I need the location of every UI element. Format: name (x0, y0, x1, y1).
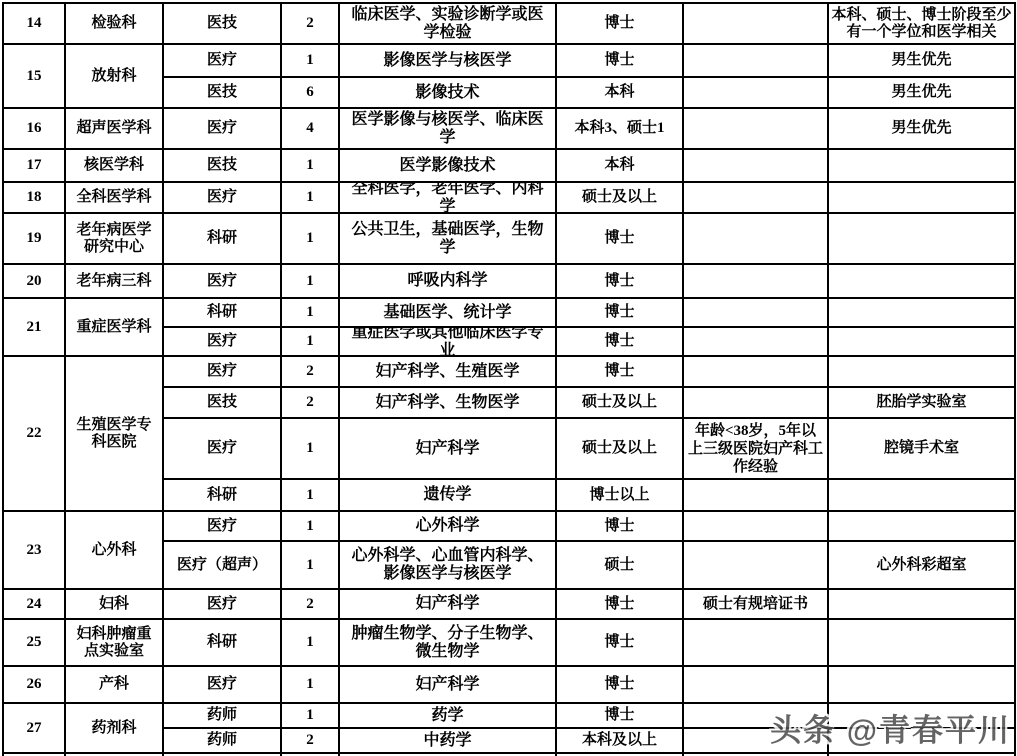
cell-major-text: 药学 (340, 704, 555, 727)
cell-count-text: 2 (282, 357, 338, 386)
cell-count-text: 1 (282, 512, 338, 540)
cell-education-text: 硕士及以上 (557, 419, 682, 478)
cell-no: 25 (3, 619, 65, 666)
cell-no-text: 26 (4, 667, 64, 702)
table-row: 15放射科医疗1影像医学与核医学博士男生优先 (3, 44, 1015, 77)
cell-education-text: 博士 (557, 512, 682, 540)
cell-major: 临床医学、实验诊断学或医学检验 (339, 3, 556, 44)
table-row: 14检验科医技2临床医学、实验诊断学或医学检验博士本科、硕士、博士阶段至少有一个… (3, 3, 1015, 44)
cell-note (828, 149, 1015, 182)
cell-major-text: 医学影像与核医学、临床医学 (340, 109, 555, 148)
cell-department: 产科 (65, 666, 163, 703)
table-row: 18全科医学科医疗1全科医学，老年医学、内科学硕士及以上 (3, 182, 1015, 213)
cell-note (828, 327, 1015, 356)
cell-note-text: 男生优先 (829, 78, 1014, 107)
cell-no: 23 (3, 511, 65, 589)
cell-category: 医疗 (163, 108, 281, 149)
cell-category: 医技 (163, 3, 281, 44)
cell-education: 本科 (556, 149, 683, 182)
cell-department: 放射科 (65, 44, 163, 108)
cell-other-text (684, 265, 827, 297)
cell-department: 核医学科 (65, 149, 163, 182)
cell-other (683, 3, 828, 44)
cell-education-text: 本科 (557, 78, 682, 107)
cell-category: 医疗 (163, 666, 281, 703)
cell-note (828, 479, 1015, 511)
cell-department: 重症医学科 (65, 298, 163, 356)
cell-note (828, 356, 1015, 387)
cell-note (828, 666, 1015, 703)
cell-category: 科研 (163, 619, 281, 666)
cell-major-text: 重症医学或其他临床医学专业 (340, 328, 555, 355)
cell-education: 本科 (556, 77, 683, 108)
cell-other (683, 77, 828, 108)
cell-major-text: 妇产科学 (340, 667, 555, 702)
cell-no: 15 (3, 44, 65, 108)
cell-education-text: 硕士及以上 (557, 183, 682, 212)
cell-other-text (684, 480, 827, 510)
cell-education: 硕士 (556, 541, 683, 589)
cell-note: 本科、硕士、博士阶段至少有一个学位和医学相关 (828, 3, 1015, 44)
recruitment-table-page: 14检验科医技2临床医学、实验诊断学或医学检验博士本科、硕士、博士阶段至少有一个… (0, 0, 1017, 756)
cell-note: 胚胎学实验室 (828, 387, 1015, 418)
cell-no: 18 (3, 182, 65, 213)
cell-department-text: 妇科 (66, 590, 162, 618)
table-row: 17核医学科医技1医学影像技术本科 (3, 149, 1015, 182)
cell-note (828, 511, 1015, 541)
cell-education-text: 博士 (557, 590, 682, 618)
cell-note-text (829, 214, 1014, 263)
cell-note-text (829, 512, 1014, 540)
cell-count-text: 1 (282, 299, 338, 326)
cell-note-text: 胚胎学实验室 (829, 388, 1014, 417)
cell-no: 24 (3, 589, 65, 619)
cell-major-text: 影像技术 (340, 78, 555, 107)
cell-other (683, 387, 828, 418)
cell-count: 1 (281, 619, 339, 666)
cell-major: 心外科学 (339, 511, 556, 541)
cell-category: 医疗 (163, 356, 281, 387)
cell-note: 男生优先 (828, 44, 1015, 77)
cell-education: 本科3、硕士1 (556, 108, 683, 149)
cell-major: 遗传学 (339, 479, 556, 511)
cell-education-text: 硕士 (557, 542, 682, 588)
cell-count-text: 1 (282, 214, 338, 263)
cell-education-text: 博士 (557, 214, 682, 263)
cell-count: 4 (281, 108, 339, 149)
cell-count: 1 (281, 541, 339, 589)
cell-category-text: 医疗 (164, 183, 280, 212)
cell-category-text: 医疗 (164, 590, 280, 618)
cell-other-text (684, 667, 827, 702)
cell-major-text: 呼吸内科学 (340, 265, 555, 297)
cell-education-text: 博士 (557, 357, 682, 386)
cell-note (828, 264, 1015, 298)
cell-note: 男生优先 (828, 77, 1015, 108)
cell-no-text: 15 (4, 45, 64, 107)
cell-category: 科研 (163, 479, 281, 511)
cell-department: 全科医学科 (65, 182, 163, 213)
cell-major-text: 中药学 (340, 729, 555, 752)
cell-count: 1 (281, 44, 339, 77)
cell-count: 1 (281, 327, 339, 356)
cell-no-text: 18 (4, 183, 64, 212)
cell-other-text (684, 620, 827, 665)
cell-category-text: 医疗 (164, 328, 280, 355)
cell-education: 博士 (556, 44, 683, 77)
cell-no-text: 16 (4, 109, 64, 148)
cell-other-text (684, 109, 827, 148)
cell-other (683, 213, 828, 264)
cell-category-text: 药师 (164, 704, 280, 727)
cell-education: 博士 (556, 511, 683, 541)
cell-count-text: 2 (282, 388, 338, 417)
cell-major: 妇产科学 (339, 418, 556, 479)
cell-major: 重症医学或其他临床医学专业 (339, 327, 556, 356)
cell-no: 26 (3, 666, 65, 703)
cell-education: 博士 (556, 298, 683, 327)
cell-no: 17 (3, 149, 65, 182)
cell-education-text: 本科 (557, 150, 682, 181)
cell-major-text: 全科医学，老年医学、内科学 (340, 183, 555, 212)
cell-note-text (829, 150, 1014, 181)
cell-count-text: 2 (282, 590, 338, 618)
cell-major: 妇产科学 (339, 589, 556, 619)
cell-education: 博士 (556, 213, 683, 264)
toutiao-watermark: 头条 @青春平川 (770, 705, 1011, 750)
cell-department-text: 超声医学科 (66, 109, 162, 148)
cell-category: 药师 (163, 728, 281, 753)
cell-category: 药师 (163, 703, 281, 728)
cell-category-text: 医疗（超声） (164, 542, 280, 588)
cell-other-text (684, 214, 827, 263)
table-row: 20老年病三科医疗1呼吸内科学博士 (3, 264, 1015, 298)
cell-department: 检验科 (65, 3, 163, 44)
cell-note (828, 213, 1015, 264)
cell-other-text (684, 299, 827, 326)
cell-education: 博士 (556, 589, 683, 619)
cell-no-text: 21 (4, 299, 64, 355)
cell-count-text: 1 (282, 542, 338, 588)
cell-other (683, 619, 828, 666)
cell-other-text (684, 542, 827, 588)
cell-major-text: 公共卫生，基础医学，生物学 (340, 214, 555, 263)
cell-education: 博士以上 (556, 479, 683, 511)
cell-education-text: 博士 (557, 4, 682, 43)
cell-major: 妇产科学、生殖医学 (339, 356, 556, 387)
cell-other-text: 硕士有规培证书 (684, 590, 827, 618)
cell-department: 生殖医学专科医院 (65, 356, 163, 511)
cell-department-text: 妇科肿瘤重点实验室 (66, 620, 162, 665)
cell-count: 1 (281, 703, 339, 728)
cell-count-text: 2 (282, 729, 338, 752)
cell-department-text: 重症医学科 (66, 299, 162, 355)
cell-other (683, 182, 828, 213)
cell-other (683, 108, 828, 149)
cell-education-text: 硕士及以上 (557, 388, 682, 417)
cell-other-text (684, 512, 827, 540)
cell-category-text: 科研 (164, 620, 280, 665)
cell-education: 博士 (556, 356, 683, 387)
cell-education-text: 博士以上 (557, 480, 682, 510)
cell-count-text: 1 (282, 150, 338, 181)
cell-major: 医学影像技术 (339, 149, 556, 182)
cell-count-text: 1 (282, 265, 338, 297)
cell-education: 博士 (556, 264, 683, 298)
cell-note-text (829, 667, 1014, 702)
cell-note-text: 心外科彩超室 (829, 542, 1014, 588)
cell-count-text: 1 (282, 45, 338, 76)
cell-major-text: 妇产科学 (340, 590, 555, 618)
cell-no-text: 19 (4, 214, 64, 263)
cell-other-text: 年龄<38岁，5年以上三级医院妇产科工作经验 (684, 419, 827, 478)
cell-other (683, 298, 828, 327)
cell-education-text: 博士 (557, 45, 682, 76)
cell-note-text: 腔镜手术室 (829, 419, 1014, 478)
cell-major-text: 心外科学、心血管内科学、影像医学与核医学 (340, 542, 555, 588)
cell-count: 1 (281, 264, 339, 298)
cell-no-text: 20 (4, 265, 64, 297)
cell-other-text (684, 78, 827, 107)
cell-no: 20 (3, 264, 65, 298)
cell-department-text: 产科 (66, 667, 162, 702)
cell-other (683, 149, 828, 182)
cell-other (683, 44, 828, 77)
cell-note-text (829, 480, 1014, 510)
cell-major: 影像技术 (339, 77, 556, 108)
cell-category-text: 医疗 (164, 265, 280, 297)
cell-education-text: 博士 (557, 265, 682, 297)
cell-no-text: 23 (4, 512, 64, 588)
cell-category-text: 科研 (164, 214, 280, 263)
cell-major: 药学 (339, 703, 556, 728)
cell-major: 影像医学与核医学 (339, 44, 556, 77)
cell-department: 超声医学科 (65, 108, 163, 149)
cell-count-text: 1 (282, 480, 338, 510)
cell-note (828, 298, 1015, 327)
cell-count: 2 (281, 387, 339, 418)
cell-education-text: 博士 (557, 620, 682, 665)
cell-count: 2 (281, 3, 339, 44)
table-row: 24妇科医疗2妇产科学博士硕士有规培证书 (3, 589, 1015, 619)
cell-major: 心外科学、心血管内科学、影像医学与核医学 (339, 541, 556, 589)
cell-category-text: 医疗 (164, 512, 280, 540)
cell-department: 老年病医学研究中心 (65, 213, 163, 264)
table-row: 16超声医学科医疗4医学影像与核医学、临床医学本科3、硕士1男生优先 (3, 108, 1015, 149)
cell-count: 1 (281, 511, 339, 541)
cell-category: 医疗 (163, 182, 281, 213)
cell-category: 医疗 (163, 589, 281, 619)
cell-other-text (684, 183, 827, 212)
cell-major: 基础医学、统计学 (339, 298, 556, 327)
cell-education: 博士 (556, 3, 683, 44)
cell-other: 硕士有规培证书 (683, 589, 828, 619)
cell-no-text: 17 (4, 150, 64, 181)
cell-no-text: 22 (4, 357, 64, 510)
cell-education-text: 本科3、硕士1 (557, 109, 682, 148)
cell-major-text: 遗传学 (340, 480, 555, 510)
cell-major-text: 妇产科学 (340, 419, 555, 478)
cell-department-text: 老年病医学研究中心 (66, 214, 162, 263)
cell-count-text: 1 (282, 704, 338, 727)
cell-category: 科研 (163, 213, 281, 264)
cell-category: 医疗 (163, 327, 281, 356)
cell-education: 本科及以上 (556, 728, 683, 753)
cell-category: 医疗 (163, 44, 281, 77)
cell-education: 硕士及以上 (556, 418, 683, 479)
table-row: 21重症医学科科研1基础医学、统计学博士 (3, 298, 1015, 327)
cell-count: 2 (281, 728, 339, 753)
cell-note-text (829, 357, 1014, 386)
cell-education-text: 博士 (557, 299, 682, 326)
cell-education-text: 博士 (557, 704, 682, 727)
cell-other-text (684, 328, 827, 355)
cell-department-text: 检验科 (66, 4, 162, 43)
cell-note: 腔镜手术室 (828, 418, 1015, 479)
cell-department-text: 核医学科 (66, 150, 162, 181)
cell-major: 肿瘤生物学、分子生物学、微生物学 (339, 619, 556, 666)
cell-major: 医学影像与核医学、临床医学 (339, 108, 556, 149)
cell-note-text (829, 183, 1014, 212)
cell-education: 博士 (556, 666, 683, 703)
cell-no: 16 (3, 108, 65, 149)
cell-category: 医疗 (163, 511, 281, 541)
cell-education: 博士 (556, 619, 683, 666)
cell-department: 老年病三科 (65, 264, 163, 298)
cell-education: 硕士及以上 (556, 182, 683, 213)
cell-major-text: 影像医学与核医学 (340, 45, 555, 76)
cell-note-text: 男生优先 (829, 109, 1014, 148)
cell-major-text: 妇产科学、生殖医学 (340, 357, 555, 386)
cell-category-text: 医技 (164, 388, 280, 417)
cell-education-text: 博士 (557, 667, 682, 702)
cell-note (828, 619, 1015, 666)
cell-major: 妇产科学 (339, 666, 556, 703)
cell-note-text (829, 265, 1014, 297)
cell-no-text: 25 (4, 620, 64, 665)
cell-count-text: 2 (282, 4, 338, 43)
cell-count: 6 (281, 77, 339, 108)
cell-major-text: 基础医学、统计学 (340, 299, 555, 326)
cell-department: 心外科 (65, 511, 163, 589)
cell-major-text: 妇产科学、生物医学 (340, 388, 555, 417)
cell-category-text: 医疗 (164, 109, 280, 148)
cell-note (828, 589, 1015, 619)
cell-education: 博士 (556, 703, 683, 728)
cell-count: 1 (281, 418, 339, 479)
cell-category-text: 医疗 (164, 357, 280, 386)
cell-note: 男生优先 (828, 108, 1015, 149)
cell-no: 22 (3, 356, 65, 511)
cell-count: 1 (281, 182, 339, 213)
cell-no-text: 14 (4, 4, 64, 43)
cell-category: 医技 (163, 77, 281, 108)
table-row: 26产科医疗1妇产科学博士 (3, 666, 1015, 703)
table-row: 23心外科医疗1心外科学博士 (3, 511, 1015, 541)
cell-education-text: 本科及以上 (557, 729, 682, 752)
cell-other-text (684, 45, 827, 76)
cell-no-text: 24 (4, 590, 64, 618)
cell-other-text (684, 357, 827, 386)
cell-category: 医技 (163, 387, 281, 418)
cell-education: 硕士及以上 (556, 387, 683, 418)
cell-other (683, 666, 828, 703)
cell-category-text: 医技 (164, 150, 280, 181)
cell-count-text: 4 (282, 109, 338, 148)
cell-no: 14 (3, 3, 65, 44)
cell-major-text: 医学影像技术 (340, 150, 555, 181)
cell-category: 医疗 (163, 418, 281, 479)
cell-department-text: 药剂科 (66, 704, 162, 752)
cell-count: 1 (281, 666, 339, 703)
cell-department-text: 心外科 (66, 512, 162, 588)
cell-category-text: 医技 (164, 4, 280, 43)
cell-note-text (829, 620, 1014, 665)
cell-department: 妇科 (65, 589, 163, 619)
cell-category-text: 医技 (164, 78, 280, 107)
cell-category-text: 科研 (164, 480, 280, 510)
cell-note (828, 182, 1015, 213)
cell-count: 1 (281, 298, 339, 327)
cell-department: 妇科肿瘤重点实验室 (65, 619, 163, 666)
cell-other: 年龄<38岁，5年以上三级医院妇产科工作经验 (683, 418, 828, 479)
cell-major-text: 肿瘤生物学、分子生物学、微生物学 (340, 620, 555, 665)
cell-no: 19 (3, 213, 65, 264)
cell-major: 全科医学，老年医学、内科学 (339, 182, 556, 213)
cell-other (683, 356, 828, 387)
cell-education-text: 博士 (557, 328, 682, 355)
cell-note-text (829, 299, 1014, 326)
cell-major: 呼吸内科学 (339, 264, 556, 298)
cell-other (683, 541, 828, 589)
cell-count-text: 1 (282, 183, 338, 212)
cell-department-text: 放射科 (66, 45, 162, 107)
cell-category-text: 医疗 (164, 667, 280, 702)
cell-category: 医疗（超声） (163, 541, 281, 589)
cell-major: 妇产科学、生物医学 (339, 387, 556, 418)
recruitment-table: 14检验科医技2临床医学、实验诊断学或医学检验博士本科、硕士、博士阶段至少有一个… (2, 2, 1016, 756)
cell-other (683, 511, 828, 541)
cell-count-text: 1 (282, 620, 338, 665)
table-row: 19老年病医学研究中心科研1公共卫生，基础医学，生物学博士 (3, 213, 1015, 264)
cell-department-text: 生殖医学专科医院 (66, 357, 162, 510)
cell-other-text (684, 150, 827, 181)
cell-major: 中药学 (339, 728, 556, 753)
cell-count-text: 6 (282, 78, 338, 107)
cell-count-text: 1 (282, 328, 338, 355)
cell-note: 心外科彩超室 (828, 541, 1015, 589)
cell-count: 1 (281, 213, 339, 264)
cell-note-text (829, 590, 1014, 618)
cell-other (683, 327, 828, 356)
cell-department-text: 全科医学科 (66, 183, 162, 212)
cell-other (683, 264, 828, 298)
cell-count: 1 (281, 149, 339, 182)
cell-count: 2 (281, 589, 339, 619)
cell-category: 科研 (163, 298, 281, 327)
cell-major: 公共卫生，基础医学，生物学 (339, 213, 556, 264)
cell-other-text (684, 388, 827, 417)
cell-category-text: 药师 (164, 729, 280, 752)
cell-count: 2 (281, 356, 339, 387)
cell-department: 药剂科 (65, 703, 163, 753)
cell-other-text (684, 4, 827, 43)
table-row: 25妇科肿瘤重点实验室科研1肿瘤生物学、分子生物学、微生物学博士 (3, 619, 1015, 666)
cell-category-text: 科研 (164, 299, 280, 326)
cell-no: 21 (3, 298, 65, 356)
table-row: 22生殖医学专科医院医疗2妇产科学、生殖医学博士 (3, 356, 1015, 387)
cell-no-text: 27 (4, 704, 64, 752)
